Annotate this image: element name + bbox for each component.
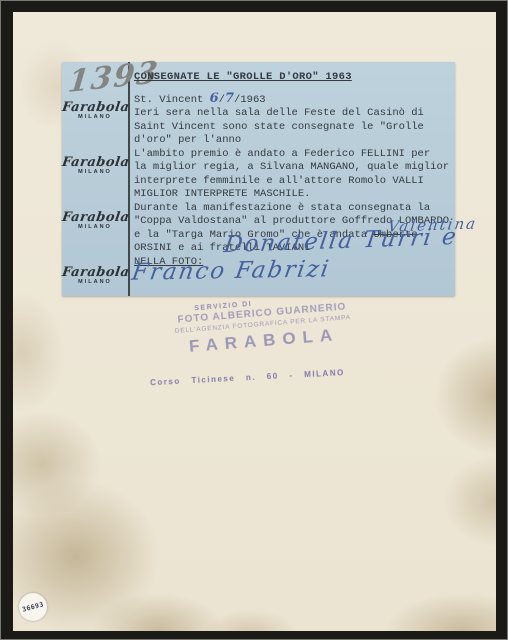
farabola-logo: Farabola MILANO <box>62 267 128 286</box>
caption-line: Saint Vincent sono state consegnate le "… <box>134 121 450 135</box>
farabola-logo: Farabola MILANO <box>62 102 128 121</box>
photo-verso: 1393 Farabola MILANO Farabola MILANO Far… <box>0 0 508 640</box>
label-logo-column: 1393 Farabola MILANO Farabola MILANO Far… <box>62 62 130 296</box>
caption-line: la miglior regia, a Silvana MANGANO, qua… <box>134 161 450 175</box>
caption-line: Ieri sera nella sala delle Feste del Cas… <box>134 107 450 121</box>
inventory-sticker: 36693 <box>19 593 47 621</box>
caption-dateline: St. Vincent 6/7/1963 <box>134 92 450 108</box>
caption-header: CONSEGNATE LE "GROLLE D'ORO" 1963 <box>134 71 352 85</box>
farabola-logo: Farabola MILANO <box>62 212 128 231</box>
farabola-logo: Farabola MILANO <box>62 157 128 176</box>
dateline-prefix: St. Vincent <box>134 94 210 106</box>
caption-line: interprete femminile e all'attore Romolo… <box>134 175 450 189</box>
caption-line: Durante la manifestazione è stata conseg… <box>134 202 450 216</box>
caption-line: MIGLIOR INTERPRETE MASCHILE. <box>134 188 450 202</box>
handwritten-name-line2: Franco Fabrizi <box>130 256 332 286</box>
caption-line: L'ambito premio è andato a Federico FELL… <box>134 148 450 162</box>
inventory-sticker-number: 36693 <box>21 600 44 613</box>
dateline-day-handwritten: 6 <box>210 91 219 106</box>
farabola-logo-script: Farabola <box>61 157 129 169</box>
dateline-month-handwritten: 7 <box>225 91 234 106</box>
farabola-logo-city: MILANO <box>62 279 128 286</box>
farabola-logo-script: Farabola <box>61 267 129 279</box>
caption-line: d'oro" per l'anno <box>134 134 450 148</box>
farabola-logo-city: MILANO <box>62 114 128 121</box>
farabola-logo-city: MILANO <box>62 224 128 231</box>
dateline-year: 1963 <box>240 94 265 106</box>
farabola-logo-script: Farabola <box>61 102 129 114</box>
farabola-logo-city: MILANO <box>62 169 128 176</box>
farabola-logo-script: Farabola <box>61 212 129 224</box>
